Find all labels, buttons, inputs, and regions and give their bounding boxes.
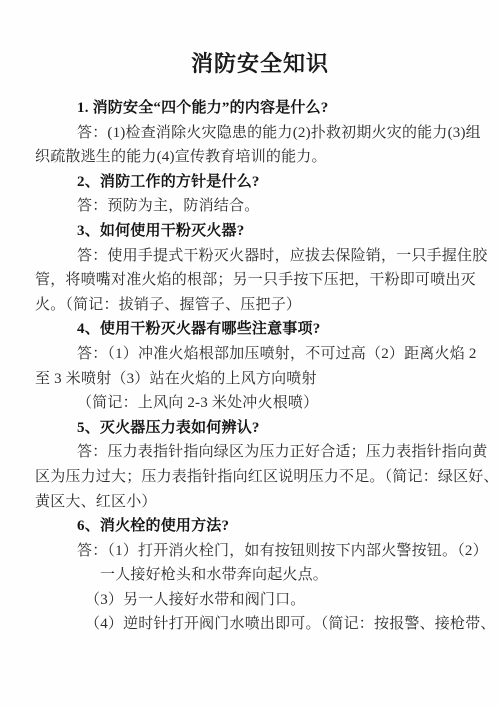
text-line: （4）逆时针打开阀门水喷出即可。（简记：按报警、接枪带、 [35,612,485,637]
text-line: 答：（1）打开消火栓门，如有按钮则按下内部火警按钮。（2） [35,539,485,564]
text-line: （3）另一人接好水带和阀门口。 [35,588,485,613]
document-title: 消防安全知识 [35,0,485,79]
text-line: 一人接好枪头和水带奔向起火点。 [35,563,485,588]
text-line: 2、消防工作的方针是什么? [35,170,485,195]
text-line: 管，将喷嘴对准火焰的根部；另一只手按下压把，干粉即可喷出灭 [35,268,485,293]
document-page: 消防安全知识 1. 消防安全“四个能力”的内容是什么?答：(1)检查消除火灾隐患… [0,0,500,708]
text-line: 答：压力表指针指向绿区为压力正好合适；压力表指针指向黄 [35,440,485,465]
text-line: 6、消火栓的使用方法? [35,514,485,539]
text-line: 答：(1)检查消除火灾隐患的能力(2)扑救初期火灾的能力(3)组 [35,121,485,146]
text-line: 答：（1）冲准火焰根部加压喷射，不可过高（2）距离火焰 2 [35,342,485,367]
text-line: 3、如何使用干粉灭火器? [35,219,485,244]
text-line: 答：预防为主，防消结合。 [35,194,485,219]
text-line: （简记：上风向 2-3 米处冲火根喷） [35,391,485,416]
text-line: 5、灭火器压力表如何辨认? [35,416,485,441]
document-body: 1. 消防安全“四个能力”的内容是什么?答：(1)检查消除火灾隐患的能力(2)扑… [0,96,500,637]
text-line: 答：使用手提式干粉灭火器时，应拔去保险销，一只手握住胶 [35,244,485,269]
text-line: 织疏散逃生的能力(4)宣传教育培训的能力。 [35,145,485,170]
text-line: 黄区大、红区小） [35,490,485,515]
text-line: 4、使用干粉灭火器有哪些注意事项? [35,317,485,342]
text-line: 至 3 米喷射（3）站在火焰的上风方向喷射 [35,367,485,392]
text-line: 1. 消防安全“四个能力”的内容是什么? [35,96,485,121]
text-line: 区为压力过大；压力表指针指向红区说明压力不足。（简记：绿区好、 [35,465,485,490]
text-line: 火。（简记：拔销子、握管子、压把子） [35,293,485,318]
